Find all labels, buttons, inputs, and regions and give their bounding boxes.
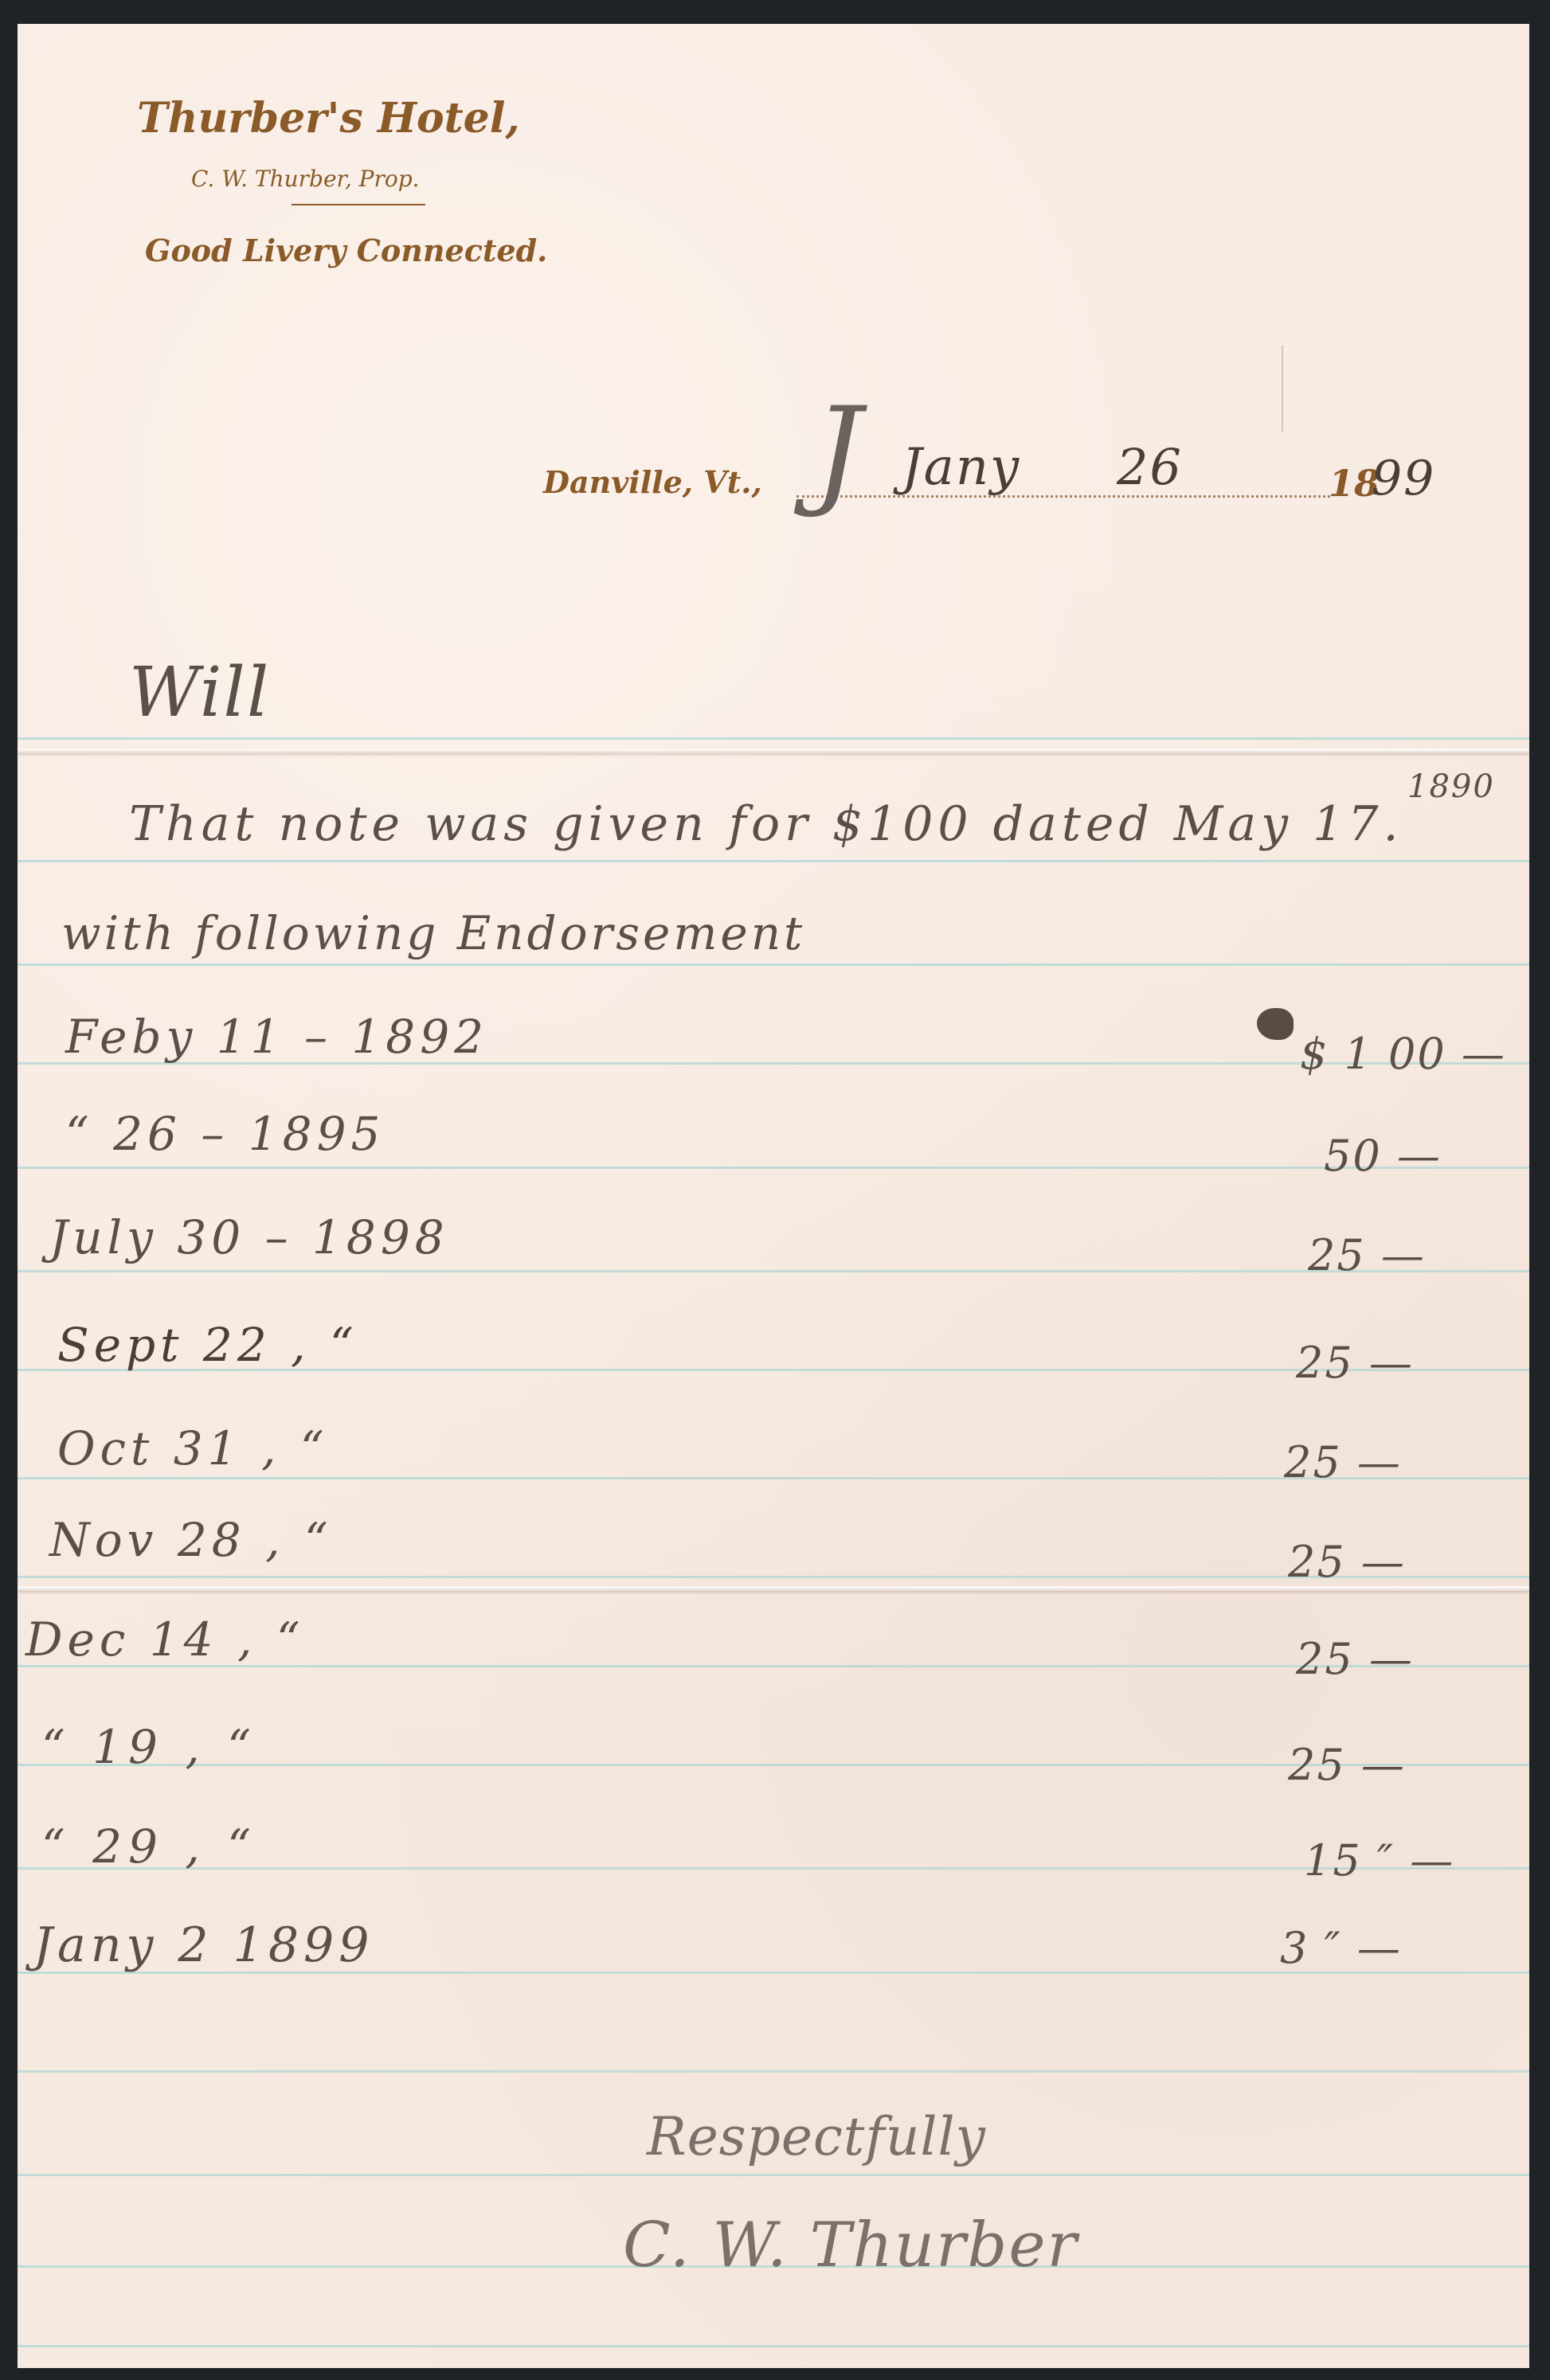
endorsement-date: Oct 31 , “ (57, 1421, 329, 1475)
endorsement-date: Dec 14 , “ (25, 1612, 305, 1667)
body-line-2: with following Endorsement (61, 906, 805, 960)
date-dotted-line (797, 495, 1330, 498)
note-year: 1890 (1407, 768, 1495, 805)
date-month: Jany (902, 438, 1020, 497)
signature: C. W. Thurber (623, 2210, 1078, 2281)
letter-sheet: Thurber's Hotel, C. W. Thurber, Prop. Go… (18, 24, 1529, 2368)
endorsement-amount: 25 — (1296, 1634, 1414, 1684)
ink-blot (1257, 1008, 1294, 1040)
endorsement-amount: 25 — (1284, 1437, 1402, 1487)
endorsement-amount: $ 1 00 — (1300, 1029, 1506, 1079)
proprietor-line: C. W. Thurber, Prop. (191, 166, 420, 192)
hotel-name: Thurber's Hotel, (137, 94, 520, 143)
letterhead-divider (292, 204, 425, 205)
endorsement-amount: 15 ″ — (1304, 1835, 1454, 1886)
endorsement-amount: 25 — (1296, 1338, 1414, 1388)
endorsement-date: July 30 – 1898 (49, 1210, 449, 1264)
year-suffix: 99 (1372, 451, 1435, 506)
date-day: 26 (1117, 438, 1183, 496)
endorsement-date: “ 19 , “ (41, 1720, 257, 1774)
ruled-line (18, 860, 1529, 862)
ruled-line (18, 963, 1529, 966)
endorsement-amount: 3 ″ — (1280, 1923, 1402, 1973)
endorsement-amount: 50 — (1324, 1131, 1442, 1181)
valediction: Respectfully (647, 2106, 986, 2167)
endorsement-amount: 25 — (1288, 1537, 1406, 1587)
tagline: Good Livery Connected. (145, 233, 547, 268)
endorsement-amount: 25 — (1288, 1740, 1406, 1790)
ruled-line (18, 2345, 1529, 2347)
endorsement-amount: 25 — (1308, 1230, 1426, 1280)
endorsement-date: Jany 2 1899 (33, 1917, 374, 1973)
endorsement-date: “ 26 – 1895 (65, 1107, 385, 1161)
endorsement-date: Nov 28 , “ (49, 1513, 333, 1567)
date-month-initial: J (814, 382, 863, 521)
place-name: Danville, Vt., (543, 464, 762, 500)
salutation: Will (129, 653, 270, 733)
fold-crease (18, 748, 1529, 753)
ruled-line (18, 2070, 1529, 2073)
ruled-line (18, 737, 1529, 740)
ruled-line (18, 1270, 1529, 1272)
endorsement-date: “ 29 , “ (41, 1819, 257, 1874)
ruled-line (18, 2174, 1529, 2176)
ruled-line (18, 1167, 1529, 1169)
faint-margin-mark (1282, 346, 1283, 432)
endorsement-date: Sept 22 , “ (57, 1318, 358, 1372)
endorsement-date: Feby 11 – 1892 (65, 1010, 488, 1064)
body-line-1: That note was given for $100 dated May 1… (129, 796, 1403, 852)
